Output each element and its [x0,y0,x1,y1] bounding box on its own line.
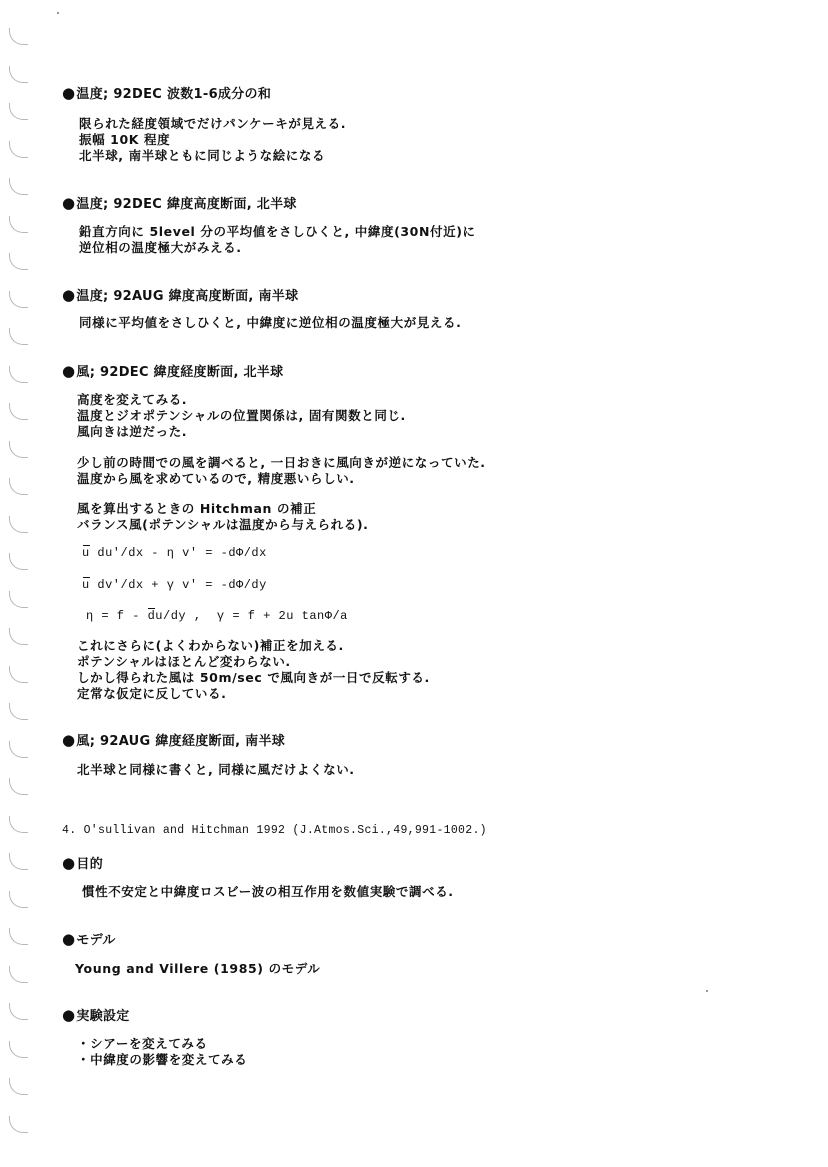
heading-text: 温度; 92DEC 緯度高度断面, 北半球 [76,197,296,212]
body-line: 風向きは逆だった. [77,424,187,440]
body-line: バランス風(ポテンシャルは温度から与えられる). [77,517,369,533]
body-line: しかし得られた風は 50m/sec で風向きが一日で反転する. [77,670,430,686]
heading-text: 目的 [76,857,103,872]
section-heading: ●温度; 92AUG 緯度高度断面, 南半球 [62,285,298,304]
body-line: 温度から風を求めているので, 精度悪いらしい. [77,471,355,487]
bullet-icon: ● [62,362,75,380]
bullet-icon: ● [62,1006,75,1024]
model-reference: Young and Villere (1985) のモデル [75,961,320,976]
body-line: 温度とジオポテンシャルの位置関係は, 固有関数と同じ. [77,408,406,424]
body-line: 限られた経度領域でだけパンケーキが見える. [79,116,346,132]
body-line: 定常な仮定に反している. [77,686,226,702]
heading-text: 風; 92AUG 緯度経度断面, 南半球 [76,734,285,749]
scan-speck [706,990,708,992]
subsection-heading: ●実験設定 [62,1005,130,1024]
body-line: 慣性不安定と中緯度ロスビー波の相互作用を数値実験で調べる. [82,884,454,900]
section-heading: ●温度; 92DEC 緯度高度断面, 北半球 [62,193,297,212]
body-line: 逆位相の温度極大がみえる. [79,240,242,256]
section-heading: ●風; 92AUG 緯度経度断面, 南半球 [62,730,285,749]
equation: u dv'/dx + γ v' = -dΦ/dy [82,578,267,592]
bullet-icon: ● [62,930,75,948]
bullet-icon: ● [62,286,75,304]
subsection-heading: ●目的 [62,853,103,872]
reference-citation: 4. O'sullivan and Hitchman 1992 (J.Atmos… [62,824,487,837]
list-item: ・中緯度の影響を変えてみる [77,1052,247,1068]
body-line: 振幅 10K 程度 [79,132,170,148]
body-line: 北半球, 南半球ともに同じような絵になる [79,148,325,164]
body-line: 少し前の時間での風を調べると, 一日おきに風向きが逆になっていた. [77,455,486,471]
body-line: 同様に平均値をさしひくと, 中緯度に逆位相の温度極大が見える. [79,315,461,331]
bullet-icon: ● [62,194,75,212]
body-line: 風を算出するときの Hitchman の補正 [77,501,316,517]
heading-text: 温度; 92DEC 波数1-6成分の和 [76,87,271,102]
body-line: 高度を変えてみる. [77,392,187,408]
body-line: ポテンシャルはほとんど変わらない. [77,654,291,670]
body-line: 北半球と同様に書くと, 同様に風だけよくない. [77,762,355,778]
subsection-heading: ●モデル [62,929,116,948]
document-page: ●温度; 92DEC 波数1-6成分の和 限られた経度領域でだけパンケーキが見え… [0,0,828,1167]
heading-text: 温度; 92AUG 緯度高度断面, 南半球 [76,289,298,304]
bullet-icon: ● [62,731,75,749]
body-line: これにさらに(よくわからない)補正を加える. [77,638,344,654]
overbar [83,577,90,578]
overbar [83,545,90,546]
section-heading: ●温度; 92DEC 波数1-6成分の和 [62,83,271,102]
equation: η = f - du/dy , γ = f + 2u tanΦ/a [86,609,348,623]
equation: u du'/dx - η v' = -dΦ/dx [82,546,267,560]
body-line: 鉛直方向に 5level 分の平均値をさしひくと, 中緯度(30N付近)に [79,224,476,240]
heading-text: モデル [76,933,115,948]
overbar [148,608,155,609]
heading-text: 風; 92DEC 緯度経度断面, 北半球 [76,365,283,380]
list-item: ・シアーを変えてみる [77,1036,208,1052]
heading-text: 実験設定 [76,1009,129,1024]
scan-speck [57,12,59,14]
section-heading: ●風; 92DEC 緯度経度断面, 北半球 [62,361,283,380]
body-line: Young and Villere (1985) のモデル [75,961,320,977]
bullet-icon: ● [62,854,75,872]
bullet-icon: ● [62,84,75,102]
